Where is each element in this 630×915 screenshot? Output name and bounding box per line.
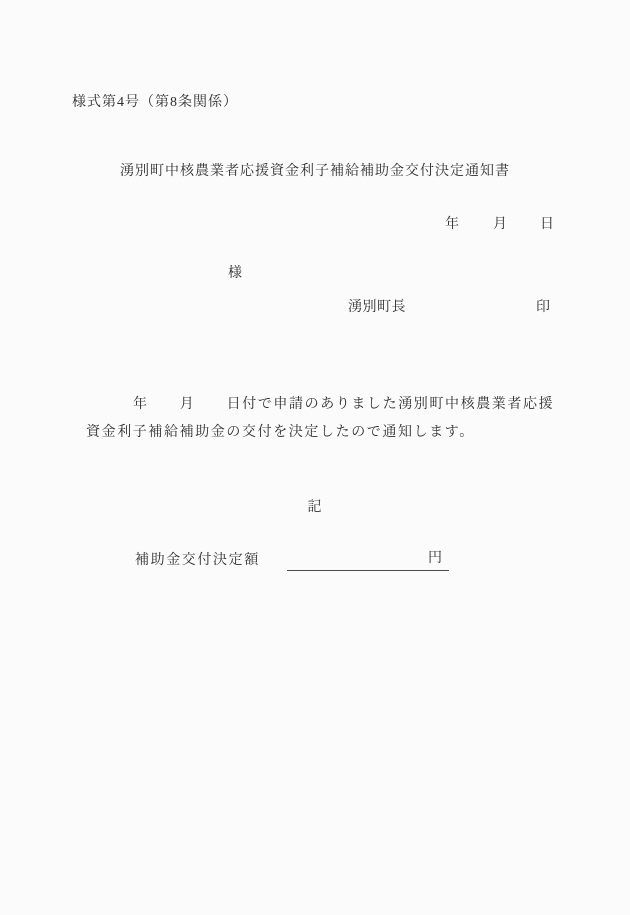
date-month-label: 月 (493, 217, 507, 234)
date-year-label: 年 (445, 217, 459, 234)
seal-mark: 印 (536, 300, 550, 317)
amount-blank-line: 円 (287, 551, 449, 571)
document-page: 様式第4号（第8条関係） 湧別町中核農業者応援資金利子補給補助金交付決定通知書 … (0, 0, 630, 915)
document-title: 湧別町中核農業者応援資金利子補給補助金交付決定通知書 (0, 164, 630, 181)
date-day-label: 日 (540, 217, 554, 234)
amount-label: 補助金交付決定額 (135, 553, 260, 570)
body-text-line-2: 資金利子補給補助金の交付を決定したので通知します。 (86, 425, 475, 442)
record-marker: 記 (0, 500, 630, 517)
amount-unit: 円 (428, 551, 449, 568)
issuer-title: 湧別町長 (348, 300, 406, 317)
body-text-line-1: 年 月 日付で申請のありました湧別町中核農業者応援 (133, 397, 554, 414)
addressee-honorific: 様 (228, 266, 242, 283)
form-number: 様式第4号（第8条関係） (72, 95, 238, 112)
